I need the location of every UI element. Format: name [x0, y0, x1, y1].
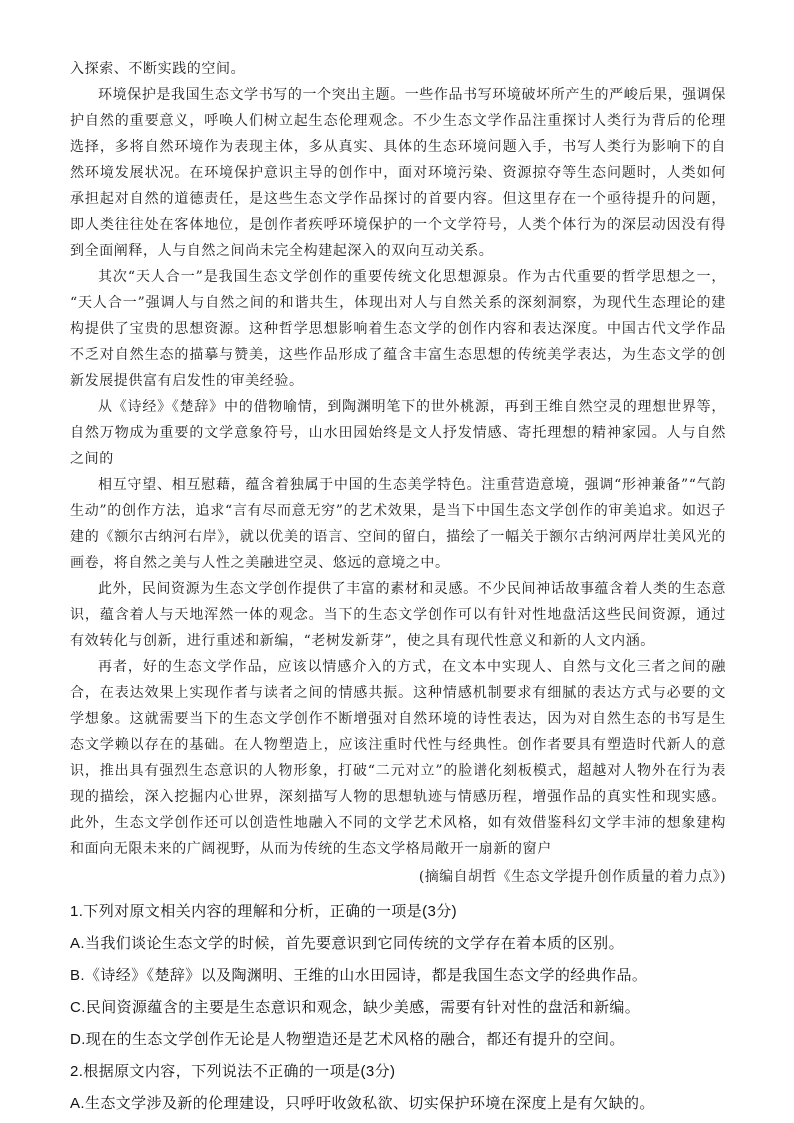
passage-citation: (摘编自胡哲《生态文学提升创作质量的着力点》) [70, 862, 726, 890]
question-1-option-a: A.当我们谈论生态文学的时候，首先要意识到它同传统的文学存在着本质的区别。 [70, 928, 726, 960]
passage-paragraph-tianrenheyi: 其次“天人合一”是我国生态文学创作的重要传统文化思想源泉。作为古代重要的哲学思想… [70, 264, 726, 394]
passage-paragraph-eco-aesthetics: 相互守望、相互慰藉，蕴含着独属于中国的生态美学特色。注重营造意境，强调“形神兼备… [70, 472, 726, 576]
passage-continuation-line: 入探索、不断实践的空间。 [70, 56, 726, 82]
document-page: 入探索、不断实践的空间。 环境保护是我国生态文学书写的一个突出主题。一些作品书写… [0, 0, 794, 1123]
question-1-option-b: B.《诗经》《楚辞》以及陶渊明、王维的山水田园诗，都是我国生态文学的经典作品。 [70, 960, 726, 992]
passage-paragraph-environment-protection: 环境保护是我国生态文学书写的一个突出主题。一些作品书写环境破坏所产生的严峻后果，… [70, 82, 726, 264]
question-2-option-a: A.生态文学涉及新的伦理建设，只呼吁收敛私欲、切实保护环境在深度上是有欠缺的。 [70, 1088, 726, 1120]
question-2-stem: 2.根据原文内容，下列说法不正确的一项是(3分) [70, 1056, 726, 1088]
question-1-option-c: C.民间资源蕴含的主要是生态意识和观念，缺少美感，需要有针对性的盘活和新编。 [70, 992, 726, 1024]
questions-section: 1.下列对原文相关内容的理解和分析，正确的一项是(3分) A.当我们谈论生态文学… [70, 896, 726, 1120]
question-1-stem: 1.下列对原文相关内容的理解和分析，正确的一项是(3分) [70, 896, 726, 928]
passage-paragraph-emotional-mechanism: 再者，好的生态文学作品，应该以情感介入的方式，在文本中实现人、自然与文化三者之间… [70, 654, 726, 862]
reading-passage: 入探索、不断实践的空间。 环境保护是我国生态文学书写的一个突出主题。一些作品书写… [70, 56, 726, 890]
question-1-option-d: D.现在的生态文学创作无论是人物塑造还是艺术风格的融合，都还有提升的空间。 [70, 1024, 726, 1056]
passage-paragraph-classic-imagery: 从《诗经》《楚辞》中的借物喻情，到陶渊明笔下的世外桃源，再到王维自然空灵的理想世… [70, 394, 726, 472]
passage-paragraph-folk-resources: 此外，民间资源为生态文学创作提供了丰富的素材和灵感。不少民间神话故事蕴含着人类的… [70, 576, 726, 654]
